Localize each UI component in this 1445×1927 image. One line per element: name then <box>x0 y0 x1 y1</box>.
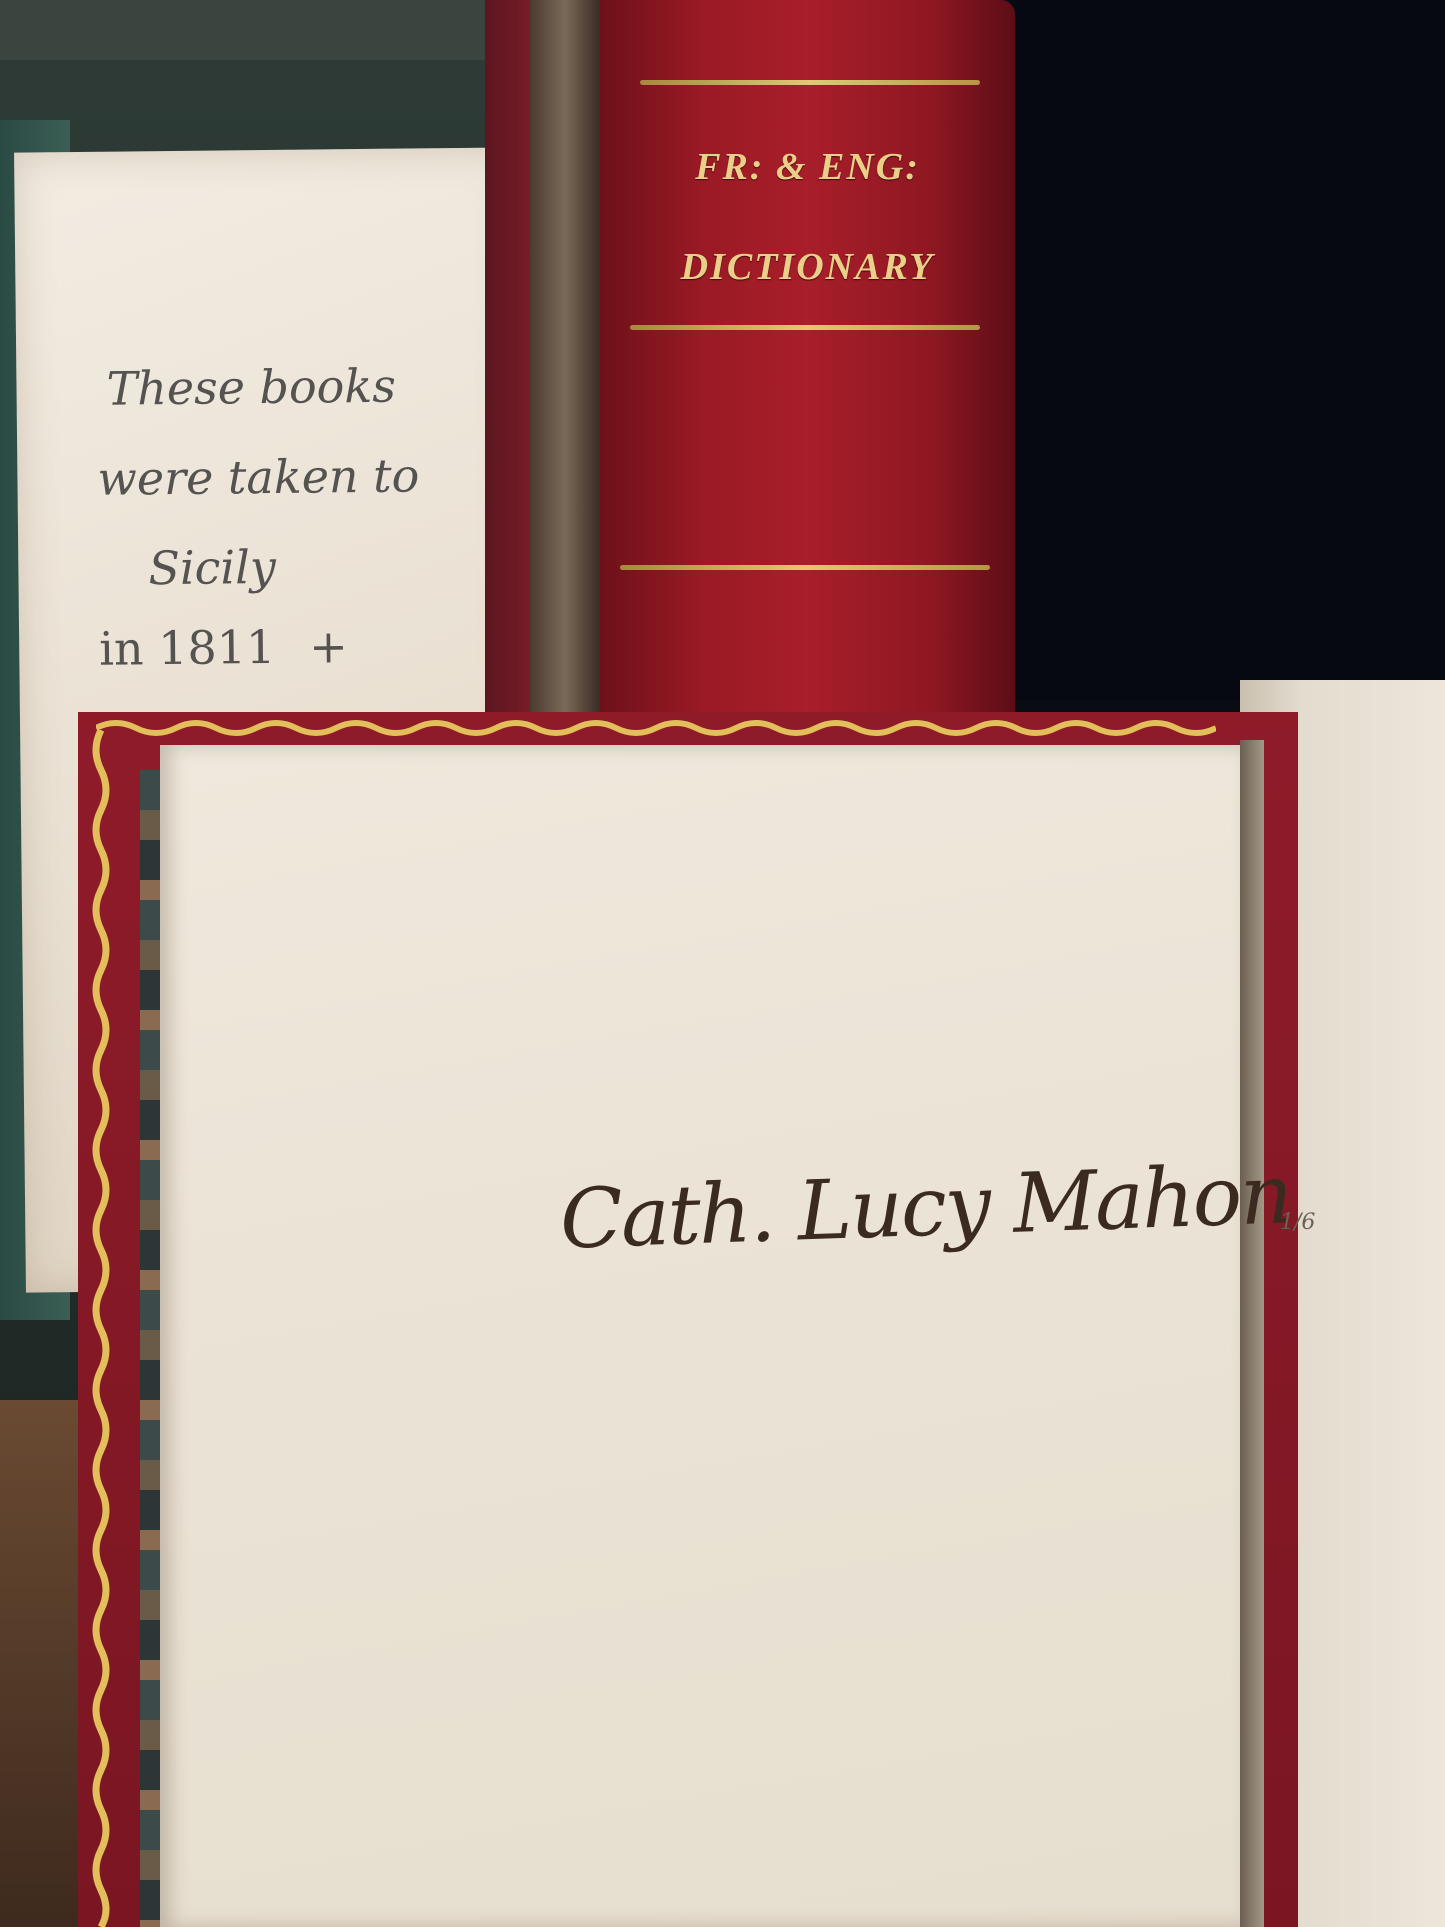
note-cross-mark: + <box>309 619 348 673</box>
spine-title-line2: DICTIONARY <box>600 245 1015 289</box>
dictionary-page-edges <box>530 0 600 720</box>
gilt-vine-border-top <box>96 718 1216 738</box>
note-line-3: Sicily <box>148 540 276 595</box>
flyleaf-page <box>160 745 1240 1927</box>
gilt-vine-border-left <box>86 730 116 1927</box>
gilt-rule <box>640 80 980 85</box>
spine-title-line1: FR: & ENG: <box>600 145 1015 189</box>
note-line-2: were taken to <box>97 448 419 505</box>
wooden-shelf <box>0 1400 90 1927</box>
dictionary-spine: FR: & ENG: DICTIONARY <box>600 0 1015 720</box>
book-gutter <box>1240 740 1264 1927</box>
note-line-4: in 1811 <box>99 620 276 676</box>
note-line-1: These books <box>106 359 396 416</box>
slipcase-top-edge <box>0 0 560 60</box>
gilt-rule <box>620 565 990 570</box>
margin-pencil-mark: 1/6 <box>1280 1210 1315 1235</box>
gilt-rule <box>630 325 980 330</box>
dark-background <box>1010 0 1445 700</box>
